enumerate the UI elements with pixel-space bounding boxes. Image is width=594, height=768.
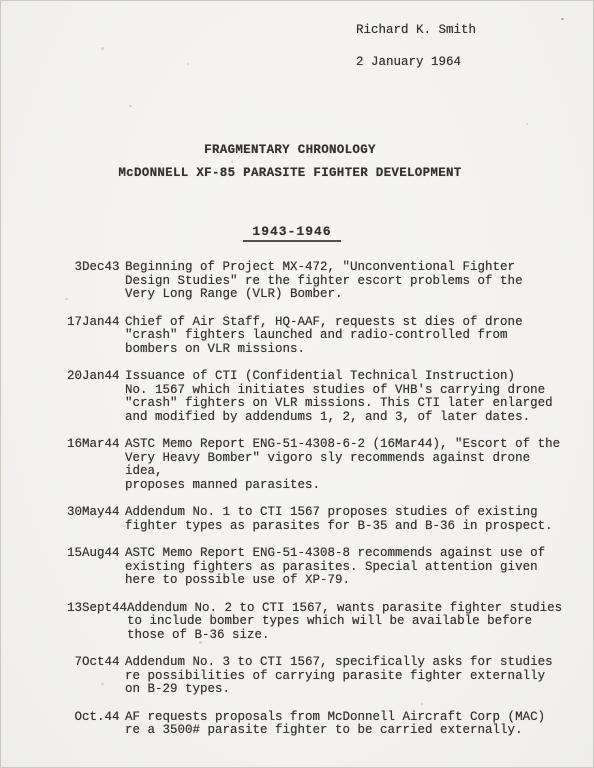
title-line-1: FRAGMENTARY CHRONOLOGY [1, 144, 579, 158]
entry-date: 7Oct44 [67, 656, 125, 697]
entry-text: Addendum No. 1 to CTI 1567 proposes stud… [125, 506, 567, 533]
chronology-entries: 3Dec43 Beginning of Project MX-472, "Unc… [67, 261, 567, 752]
document-header: Richard K. Smith 2 January 1964 [356, 23, 476, 87]
entry-date: 15Aug44 [67, 547, 125, 588]
entry-text: Addendum No. 2 to CTI 1567, wants parasi… [127, 602, 567, 643]
entry-date: 3Dec43 [67, 261, 125, 302]
scan-artifact [526, 123, 528, 125]
scan-artifact [129, 105, 132, 107]
chronology-entry: 30May44 Addendum No. 1 to CTI 1567 propo… [67, 506, 567, 533]
title-line-2: McDONNELL XF-85 PARASITE FIGHTER DEVELOP… [1, 167, 579, 181]
entry-text: Chief of Air Staff, HQ-AAF, requests st … [125, 316, 567, 357]
entry-date: 13Sept44 [67, 602, 127, 643]
author-name: Richard K. Smith [356, 23, 476, 37]
entry-text: Beginning of Project MX-472, "Unconventi… [125, 261, 567, 302]
entry-date: 16Mar44 [67, 438, 125, 492]
entry-date: 20Jan44 [67, 370, 125, 424]
scan-artifact [187, 63, 189, 65]
entry-text: Addendum No. 3 to CTI 1567, specifically… [125, 656, 567, 697]
entry-date: 17Jan44 [67, 316, 125, 357]
chronology-entry: 16Mar44 ASTC Memo Report ENG-51-4308-6-2… [67, 438, 567, 492]
scan-artifact [561, 18, 564, 20]
chronology-entry: 15Aug44 ASTC Memo Report ENG-51-4308-8 r… [67, 547, 567, 588]
chronology-entry: 17Jan44 Chief of Air Staff, HQ-AAF, requ… [67, 316, 567, 357]
section-heading-wrap: 1943-1946 [1, 222, 583, 242]
entry-text: ASTC Memo Report ENG-51-4308-8 recommend… [125, 547, 567, 588]
entry-text: AF requests proposals from McDonnell Air… [125, 711, 567, 738]
entry-date: Oct.44 [67, 711, 125, 738]
entry-text: ASTC Memo Report ENG-51-4308-6-2 (16Mar4… [125, 438, 567, 492]
document-date: 2 January 1964 [356, 55, 476, 69]
section-heading: 1943-1946 [243, 224, 340, 242]
entry-text: Issuance of CTI (Confidential Technical … [125, 370, 567, 424]
entry-date: 30May44 [67, 506, 125, 533]
scan-artifact [101, 47, 104, 50]
chronology-entry: Oct.44 AF requests proposals from McDonn… [67, 711, 567, 738]
chronology-entry: 7Oct44 Addendum No. 3 to CTI 1567, speci… [67, 656, 567, 697]
document-title: FRAGMENTARY CHRONOLOGY McDONNELL XF-85 P… [1, 144, 579, 189]
chronology-entry: 20Jan44 Issuance of CTI (Confidential Te… [67, 370, 567, 424]
scanned-document-page: Richard K. Smith 2 January 1964 FRAGMENT… [0, 0, 594, 768]
chronology-entry: 13Sept44 Addendum No. 2 to CTI 1567, wan… [67, 602, 567, 643]
chronology-entry: 3Dec43 Beginning of Project MX-472, "Unc… [67, 261, 567, 302]
